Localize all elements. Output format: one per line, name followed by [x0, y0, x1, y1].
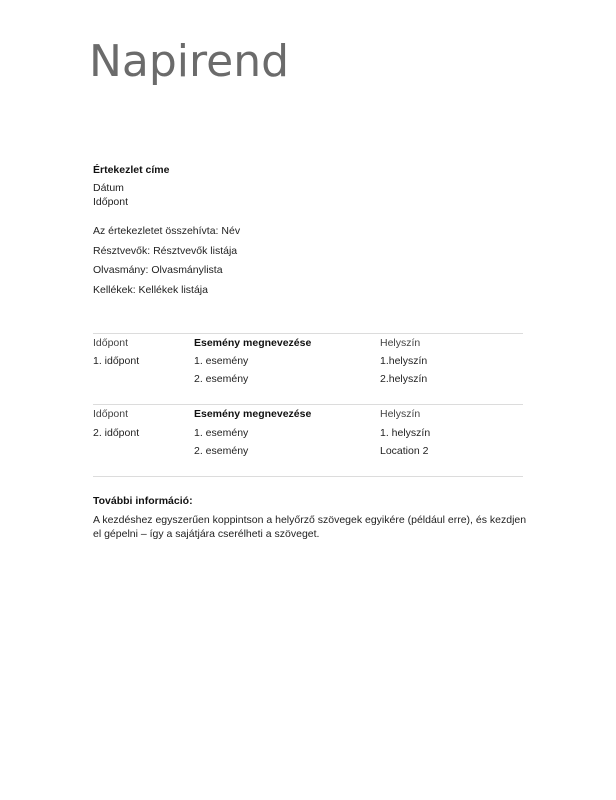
- meeting-time[interactable]: Időpont: [93, 196, 128, 209]
- page-title[interactable]: Napirend: [89, 40, 289, 84]
- agenda-location[interactable]: 1. helyszín: [380, 427, 430, 440]
- header-location: Helyszín: [380, 337, 420, 350]
- agenda-location[interactable]: Location 2: [380, 445, 428, 458]
- agenda-time[interactable]: 1. időpont: [93, 355, 139, 368]
- header-event: Esemény megnevezése: [194, 408, 311, 421]
- detail-participants[interactable]: Résztvevők: Résztvevők listája: [93, 245, 237, 258]
- meeting-title[interactable]: Értekezlet címe: [93, 164, 169, 177]
- divider: [93, 404, 523, 405]
- agenda-location[interactable]: 1.helyszín: [380, 355, 427, 368]
- meeting-date[interactable]: Dátum: [93, 182, 124, 195]
- header-location: Helyszín: [380, 408, 420, 421]
- more-info-text[interactable]: A kezdéshez egyszerűen koppintson a hely…: [93, 513, 533, 541]
- detail-organizer[interactable]: Az értekezletet összehívta: Név: [93, 225, 240, 238]
- header-time: Időpont: [93, 337, 128, 350]
- detail-supplies[interactable]: Kellékek: Kellékek listája: [93, 284, 208, 297]
- agenda-event[interactable]: 2. esemény: [194, 373, 248, 386]
- divider: [93, 333, 523, 334]
- agenda-event[interactable]: 1. esemény: [194, 355, 248, 368]
- agenda-event[interactable]: 2. esemény: [194, 445, 248, 458]
- more-info-heading[interactable]: További információ:: [93, 495, 193, 508]
- agenda-time[interactable]: 2. időpont: [93, 427, 139, 440]
- agenda-event[interactable]: 1. esemény: [194, 427, 248, 440]
- agenda-location[interactable]: 2.helyszín: [380, 373, 427, 386]
- header-time: Időpont: [93, 408, 128, 421]
- detail-reading[interactable]: Olvasmány: Olvasmánylista: [93, 264, 223, 277]
- divider: [93, 476, 523, 477]
- header-event: Esemény megnevezése: [194, 337, 311, 350]
